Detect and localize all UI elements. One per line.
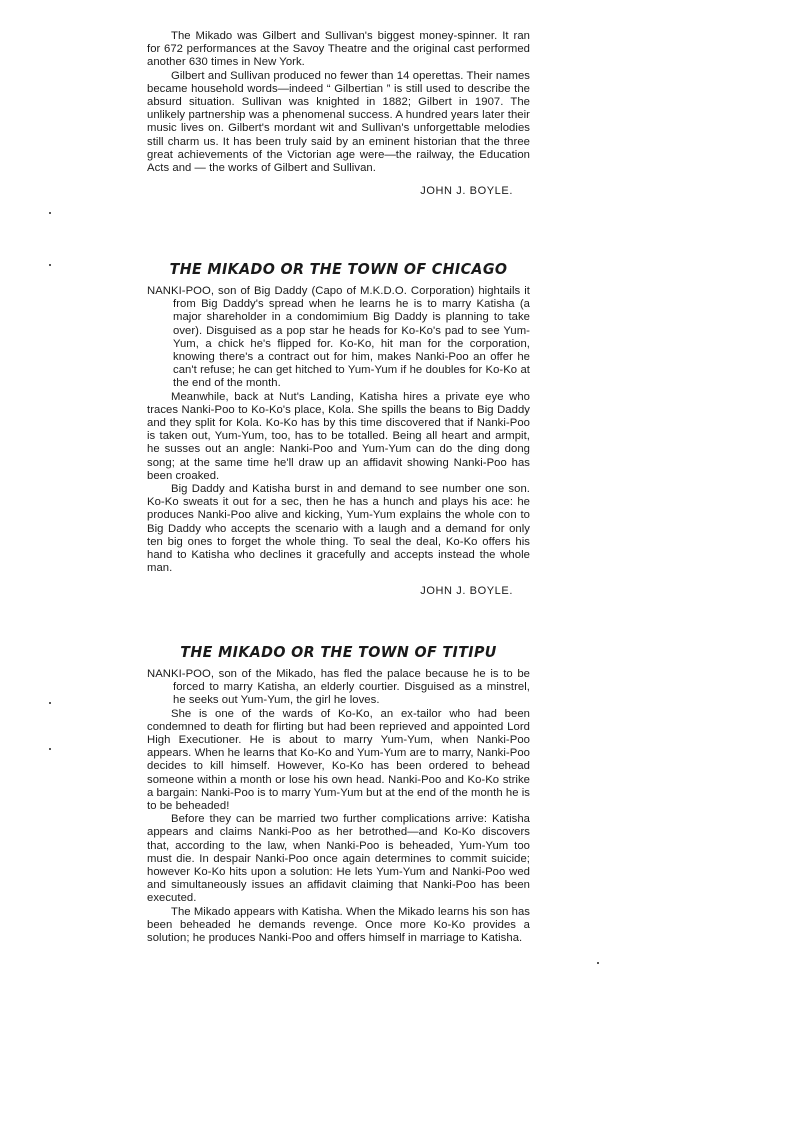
titipu-paragraph: Before they can be married two further c…: [147, 813, 530, 905]
titipu-paragraph: NANKI-POO, son of the Mikado, has fled t…: [147, 668, 530, 708]
chicago-section: NANKI-POO, son of Big Daddy (Capo of M.K…: [147, 285, 530, 597]
intro-paragraph: The Mikado was Gilbert and Sullivan's bi…: [147, 30, 530, 70]
titipu-paragraph: She is one of the wards of Ko-Ko, an ex-…: [147, 708, 530, 814]
margin-mark: [49, 212, 51, 214]
margin-mark: [49, 702, 51, 704]
section-title-titipu: THE MIKADO OR THE TOWN OF TITIPU: [162, 643, 514, 661]
chicago-paragraph: NANKI-POO, son of Big Daddy (Capo of M.K…: [147, 285, 530, 391]
section-title-chicago: THE MIKADO OR THE TOWN OF CHICAGO: [162, 260, 514, 278]
titipu-paragraph: The Mikado appears with Katisha. When th…: [147, 906, 530, 946]
chicago-paragraph: Meanwhile, back at Nut's Landing, Katish…: [147, 391, 530, 483]
margin-mark: [597, 962, 599, 964]
margin-mark: [49, 264, 51, 266]
intro-paragraph: Gilbert and Sullivan produced no fewer t…: [147, 70, 530, 176]
signature: JOHN J. BOYLE.: [147, 585, 513, 597]
chicago-paragraph: Big Daddy and Katisha burst in and deman…: [147, 483, 530, 575]
titipu-section: NANKI-POO, son of the Mikado, has fled t…: [147, 668, 530, 945]
signature: JOHN J. BOYLE.: [147, 185, 513, 197]
intro-section: The Mikado was Gilbert and Sullivan's bi…: [147, 30, 530, 197]
margin-mark: [49, 748, 51, 750]
